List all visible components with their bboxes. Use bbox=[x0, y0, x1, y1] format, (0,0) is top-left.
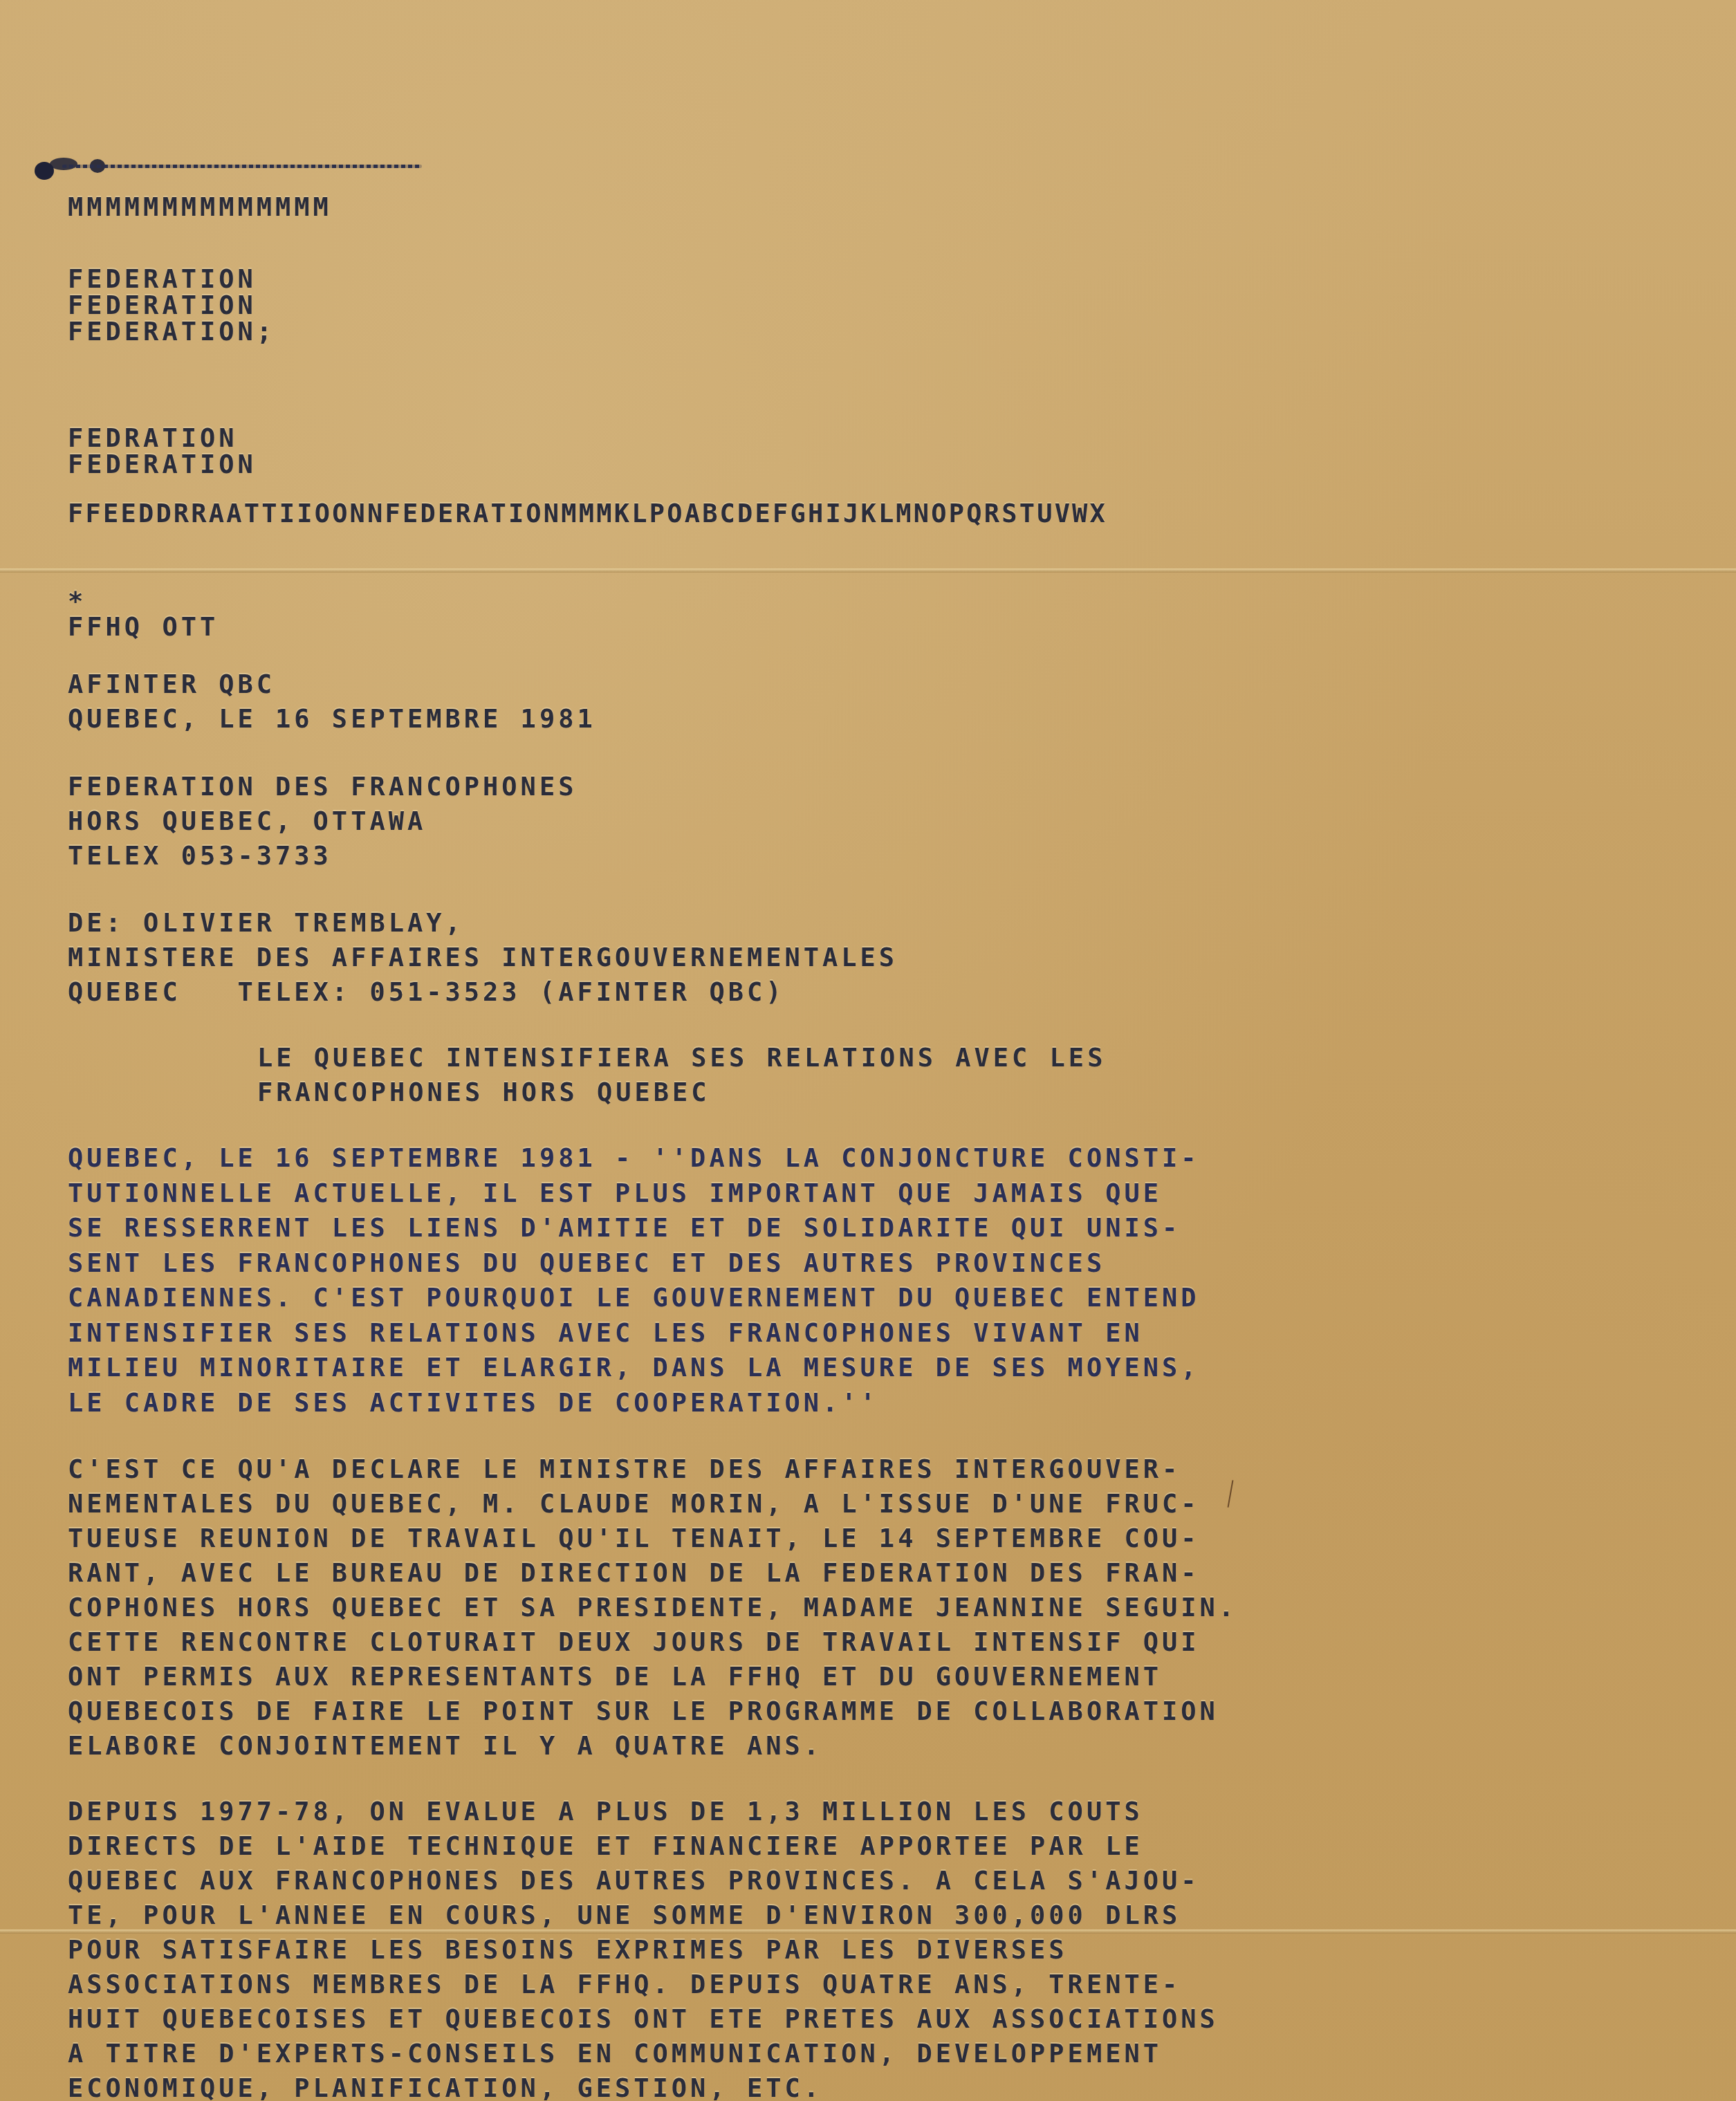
paragraph-line: NEMENTALES DU QUEBEC, M. CLAUDE MORIN, A… bbox=[68, 1487, 1200, 1521]
recipient-line: TELEX 053-3733 bbox=[68, 839, 332, 873]
paragraph-line: ELABORE CONJOINTEMENT IL Y A QUATRE ANS. bbox=[68, 1729, 822, 1764]
paragraph-line: LE CADRE DE SES ACTIVITES DE COOPERATION… bbox=[68, 1386, 879, 1420]
test-line: FEDERATION bbox=[68, 266, 257, 293]
dateline: QUEBEC, LE 16 SEPTEMBRE 1981 bbox=[68, 702, 596, 737]
paragraph-line: CETTE RENCONTRE CLOTURAIT DEUX JOURS DE … bbox=[68, 1625, 1200, 1660]
test-line: FEDERATION bbox=[68, 452, 257, 478]
test-line-alphabet: FFEEDDRRAATTIIOONNFEDERATIONMMMKLPOABCDE… bbox=[68, 497, 1107, 531]
paragraph-line: TE, POUR L'ANNEE EN COURS, UNE SOMME D'E… bbox=[68, 1898, 1181, 1933]
paragraph-line: QUEBEC, LE 16 SEPTEMBRE 1981 - ''DANS LA… bbox=[68, 1141, 1200, 1176]
paragraph-line: ASSOCIATIONS MEMBRES DE LA FFHQ. DEPUIS … bbox=[68, 1968, 1181, 2002]
answerback-code: FFHQ OTT bbox=[68, 610, 219, 645]
test-line: MMMMMMMMMMMMMM bbox=[68, 190, 332, 225]
paragraph-line: QUEBECOIS DE FAIRE LE POINT SUR LE PROGR… bbox=[68, 1694, 1219, 1729]
paragraph-line: C'EST CE QU'A DECLARE LE MINISTRE DES AF… bbox=[68, 1452, 1181, 1487]
sender-line: MINISTERE DES AFFAIRES INTERGOUVERNEMENT… bbox=[68, 941, 898, 975]
paragraph-line: HUIT QUEBECOISES ET QUEBECOIS ONT ETE PR… bbox=[68, 2002, 1219, 2037]
paragraph-line: DEPUIS 1977-78, ON EVALUE A PLUS DE 1,3 … bbox=[68, 1795, 1143, 1829]
paragraph-line: SE RESSERRENT LES LIENS D'AMITIE ET DE S… bbox=[68, 1211, 1181, 1246]
paragraph-line: INTENSIFIER SES RELATIONS AVEC LES FRANC… bbox=[68, 1316, 1143, 1351]
recipient-line: FEDERATION DES FRANCOPHONES bbox=[68, 770, 577, 804]
sender-code: AFINTER QBC bbox=[68, 667, 275, 702]
paragraph-line: TUEUSE REUNION DE TRAVAIL QU'IL TENAIT, … bbox=[68, 1521, 1200, 1556]
paper-fold-crease bbox=[0, 568, 1736, 573]
paragraph-line: RANT, AVEC LE BUREAU DE DIRECTION DE LA … bbox=[68, 1556, 1200, 1591]
test-line: FEDERATION; bbox=[68, 319, 275, 345]
pen-tick-mark bbox=[1228, 1480, 1234, 1508]
test-line: FEDERATION bbox=[68, 293, 257, 319]
ink-smudge-mark bbox=[35, 156, 422, 177]
paragraph-line: A TITRE D'EXPERTS-CONSEILS EN COMMUNICAT… bbox=[68, 2037, 1162, 2071]
paragraph-line: TUTIONNELLE ACTUELLE, IL EST PLUS IMPORT… bbox=[68, 1176, 1162, 1211]
paragraph-line: SENT LES FRANCOPHONES DU QUEBEC ET DES A… bbox=[68, 1246, 1105, 1281]
paragraph-line: CANADIENNES. C'EST POURQUOI LE GOUVERNEM… bbox=[68, 1281, 1200, 1315]
paragraph-line: MILIEU MINORITAIRE ET ELARGIR, DANS LA M… bbox=[68, 1351, 1200, 1385]
paragraph-line: ECONOMIQUE, PLANIFICATION, GESTION, ETC. bbox=[68, 2071, 822, 2101]
headline-line: FRANCOPHONES HORS QUEBEC bbox=[257, 1075, 710, 1110]
sender-line: DE: OLIVIER TREMBLAY, bbox=[68, 906, 464, 941]
paragraph-line: POUR SATISFAIRE LES BESOINS EXPRIMES PAR… bbox=[68, 1933, 1068, 1968]
sender-line: QUEBEC TELEX: 051-3523 (AFINTER QBC) bbox=[68, 975, 784, 1010]
paragraph-line: DIRECTS DE L'AIDE TECHNIQUE ET FINANCIER… bbox=[68, 1829, 1143, 1864]
paragraph-line: ONT PERMIS AUX REPRESENTANTS DE LA FFHQ … bbox=[68, 1660, 1162, 1694]
headline-line: LE QUEBEC INTENSIFIERA SES RELATIONS AVE… bbox=[257, 1041, 1106, 1075]
paragraph-line: COPHONES HORS QUEBEC ET SA PRESIDENTE, M… bbox=[68, 1591, 1237, 1625]
test-line: FEDRATION bbox=[68, 425, 237, 452]
recipient-line: HORS QUEBEC, OTTAWA bbox=[68, 804, 426, 839]
paragraph-line: QUEBEC AUX FRANCOPHONES DES AUTRES PROVI… bbox=[68, 1864, 1200, 1898]
